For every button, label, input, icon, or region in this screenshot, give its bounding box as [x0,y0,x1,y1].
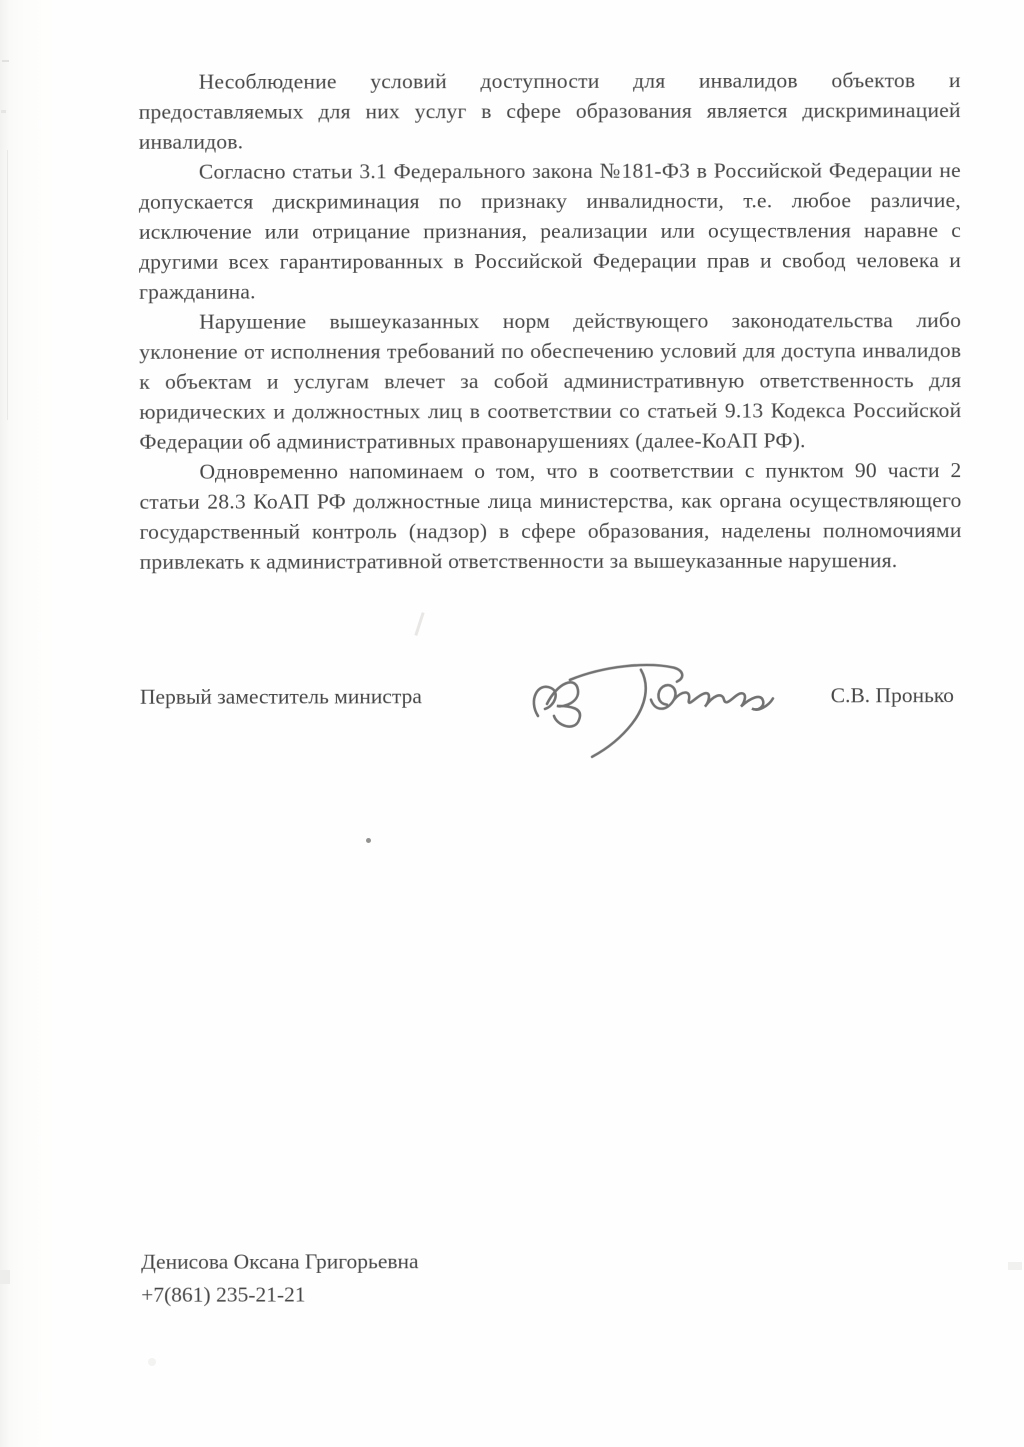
letter-body: Несоблюдение условий доступности для инв… [139,65,962,577]
executor-phone: +7(861) 235-21-21 [141,1278,419,1312]
scanned-letter-page: Несоблюдение условий доступности для инв… [0,0,1024,1447]
signer-name: С.В. Пронько [831,683,954,708]
document-content: Несоблюдение условий доступности для инв… [0,0,1024,1447]
signer-position-title: Первый заместитель министра [140,684,422,710]
signature-block: Первый заместитель министра С.В. Пронько [140,675,962,777]
paragraph-administrative-liability: Нарушение вышеуказанных норм действующег… [139,305,961,457]
paragraph-koap-authority: Одновременно напоминаем о том, что в соо… [139,455,961,577]
handwritten-signature-icon [508,653,788,764]
paragraph-discrimination-statement: Несоблюдение условий доступности для инв… [139,65,961,157]
paragraph-federal-law-181: Согласно статьи 3.1 Федерального закона … [139,155,961,307]
executor-name: Денисова Оксана Григорьевна [141,1245,419,1279]
executor-contact-block: Денисова Оксана Григорьевна +7(861) 235-… [141,1245,419,1312]
